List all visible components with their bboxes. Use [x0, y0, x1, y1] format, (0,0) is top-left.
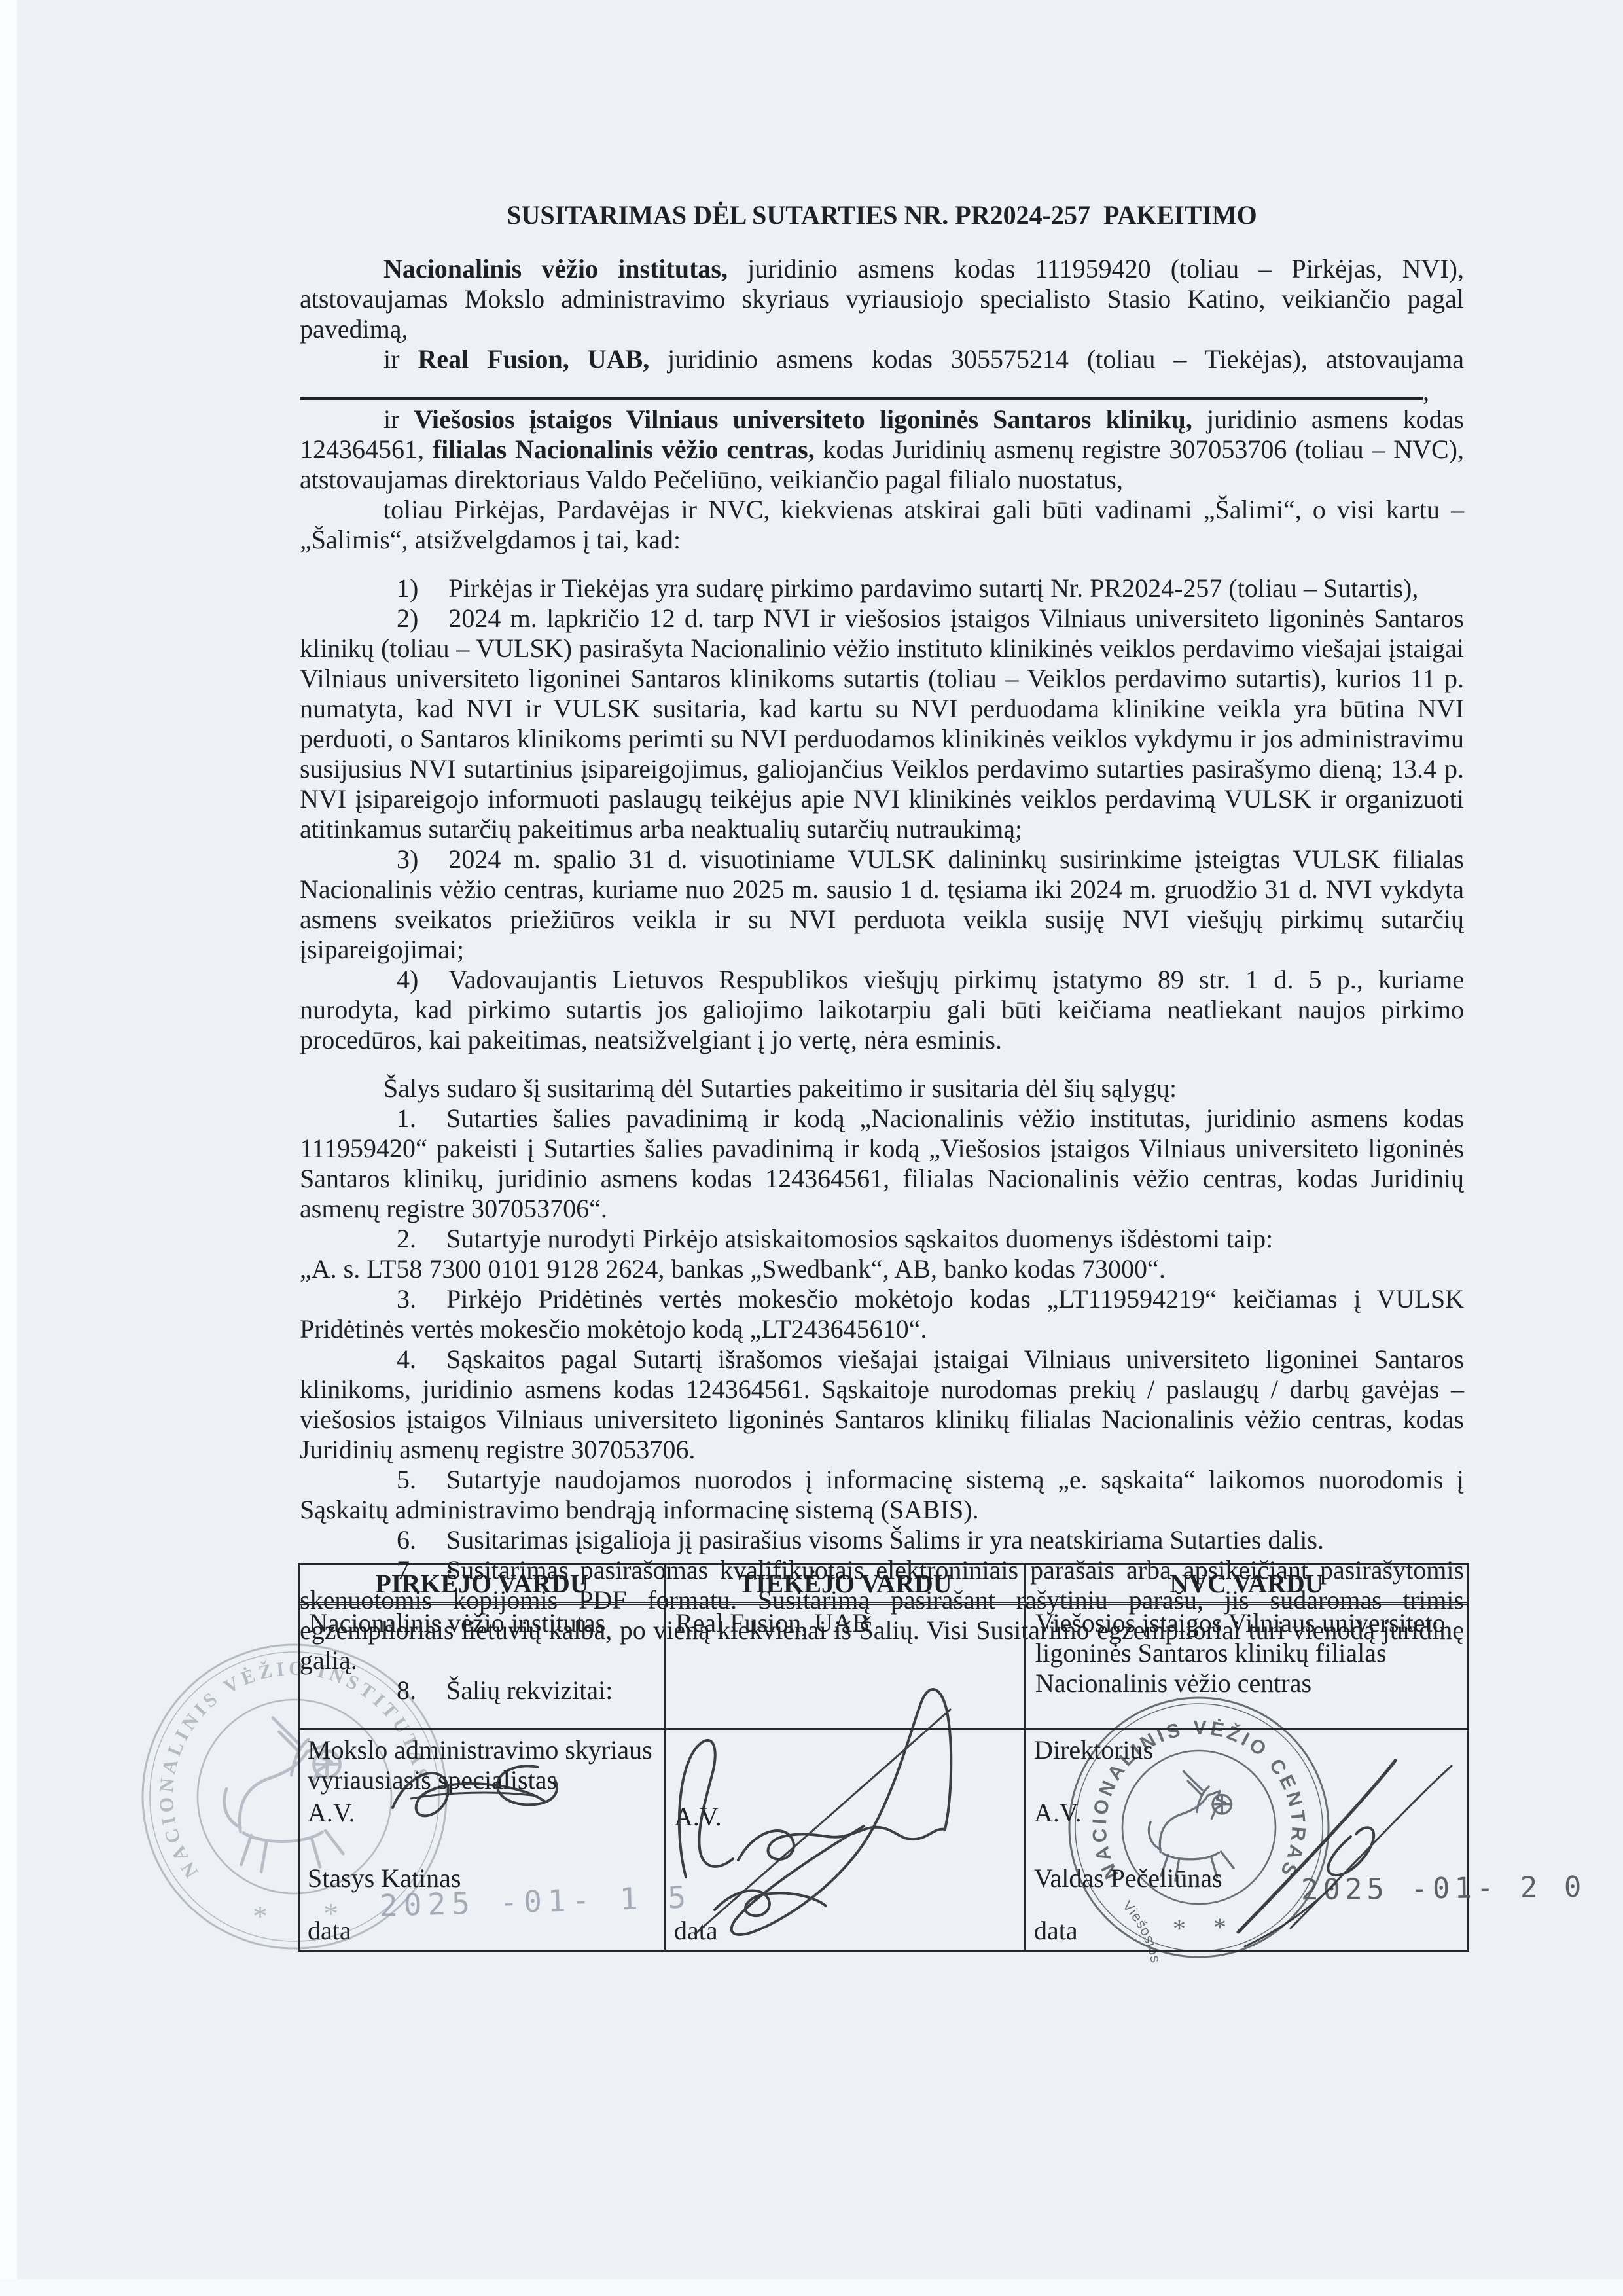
recitals-list: 1)Pirkėjas ir Tiekėjas yra sudarę pirkim… — [300, 573, 1464, 1055]
recital-item: 4)Vadovaujantis Lietuvos Respublikos vie… — [300, 965, 1464, 1055]
nvc-person-name: Valdas Pečeliūnas — [1034, 1863, 1222, 1893]
representative-blank-line: , — [300, 374, 1464, 404]
buyer-seal-label: A.V. — [308, 1798, 355, 1828]
preamble-buyer: Nacionalinis vėžio institutas, juridinio… — [300, 254, 1464, 344]
supplier-seal-label: A.V. — [674, 1802, 722, 1832]
recital-item: 3)2024 m. spalio 31 d. visuotiniame VULS… — [300, 844, 1464, 965]
table-header-nvc: NVC VARDU — [1026, 1565, 1467, 1605]
blank-underline — [300, 374, 1423, 400]
document-body: SUSITARIMAS DĖL SUTARTIES NR. PR2024-257… — [300, 200, 1464, 1706]
preamble-supplier: ir Real Fusion, UAB, juridinio asmens ko… — [300, 344, 1464, 374]
seal-star-icon: * — [253, 1899, 268, 1933]
recital-item: 1)Pirkėjas ir Tiekėjas yra sudarę pirkim… — [300, 573, 1464, 603]
buyer-date-label: data — [308, 1916, 351, 1946]
preamble-parties: toliau Pirkėjas, Pardavėjas ir NVC, kiek… — [300, 495, 1464, 555]
preamble-nvc: ir Viešosios įstaigos Vilniaus universit… — [300, 404, 1464, 495]
supplier-org-name: Real Fusion, UAB — [666, 1605, 1026, 1730]
buyer-person-name: Stasys Katinas — [308, 1863, 461, 1893]
clause-item: 5.Sutartyje naudojamos nuorodos į inform… — [300, 1465, 1464, 1525]
clause-item: 3.Pirkėjo Pridėtinės vertės mokesčio mok… — [300, 1284, 1464, 1344]
supplier-date-label: data — [674, 1916, 718, 1946]
scan-edge — [0, 0, 17, 2296]
nvc-signature-cell: Direktorius A.V. Valdas Pečeliūnas data — [1026, 1730, 1467, 1950]
buyer-role: Mokslo administravimo skyriaus vyriausia… — [308, 1735, 658, 1795]
buyer-signature-cell: Mokslo administravimo skyriaus vyriausia… — [300, 1730, 666, 1950]
nvc-date-label: data — [1034, 1916, 1078, 1946]
signature-table: PIRKĖJO VARDU TIEKĖJO VARDU NVC VARDU Na… — [298, 1563, 1469, 1952]
recital-item: 2)2024 m. lapkričio 12 d. tarp NVI ir vi… — [300, 603, 1464, 844]
agreement-intro: Šalys sudaro šį susitarimą dėl Sutarties… — [300, 1073, 1464, 1103]
scan-edge — [0, 2279, 1623, 2296]
document-title: SUSITARIMAS DĖL SUTARTIES NR. PR2024-257… — [300, 200, 1464, 230]
table-header-supplier: TIEKĖJO VARDU — [666, 1565, 1026, 1605]
buyer-org-name: Nacionalinis vėžio institutas — [300, 1605, 666, 1730]
table-header-buyer: PIRKĖJO VARDU — [300, 1565, 666, 1605]
clause-item: 6.Susitarimas įsigalioja jį pasirašius v… — [300, 1525, 1464, 1555]
supplier-signature-cell: A.V. data — [666, 1730, 1026, 1950]
nvc-org-name: Viešosios įstaigos Vilniaus universiteto… — [1026, 1605, 1467, 1730]
clause-item: 1.Sutarties šalies pavadinimą ir kodą „N… — [300, 1103, 1464, 1224]
nvc-seal-label: A.V. — [1034, 1798, 1082, 1828]
clause-item: 4.Sąskaitos pagal Sutartį išrašomos vieš… — [300, 1344, 1464, 1465]
bank-account-line: „A. s. LT58 7300 0101 9128 2624, bankas … — [300, 1254, 1464, 1284]
nvc-role: Direktorius — [1034, 1735, 1461, 1765]
clause-item: 2.Sutartyje nurodyti Pirkėjo atsiskaitom… — [300, 1224, 1464, 1254]
